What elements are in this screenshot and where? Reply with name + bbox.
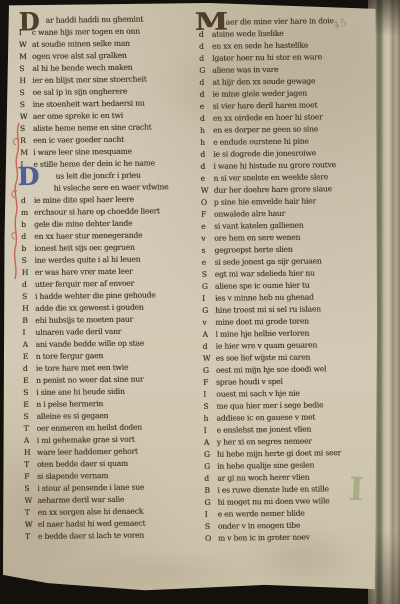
versal-letter: d <box>22 279 31 291</box>
right-column-lines: aer die mine vier hare in doie d atsine … <box>199 15 379 545</box>
versal-letter: S <box>24 483 33 495</box>
versal-letter: H <box>24 447 33 459</box>
versal-letter: S <box>23 411 32 423</box>
line-text: ouest mi sach v hje nie <box>216 388 300 401</box>
versal-letter: S <box>21 255 30 267</box>
versal-letter: d <box>200 161 209 173</box>
versal-letter: E <box>23 399 32 411</box>
green-margin-mark: I <box>348 473 365 506</box>
line-text: aer ome spreke ic en twi <box>33 110 123 123</box>
versal-letter: H <box>22 267 31 279</box>
versal-letter: d <box>21 195 30 207</box>
line-text: ie tore hare met een twie <box>36 362 129 375</box>
line-text: hi hebe mijn herte gi doet mi seer <box>217 447 341 461</box>
versal-letter: b <box>21 219 30 231</box>
column-left: D D ar haddi haddi nu ghemint I c wane h… <box>19 13 207 543</box>
versal-letter: S <box>20 123 29 135</box>
versal-letter: A <box>202 329 211 341</box>
versal-letter: A <box>22 339 31 351</box>
versal-letter: H <box>22 303 31 315</box>
ink-initial-left: D <box>18 10 39 33</box>
versal-letter: h <box>203 413 212 425</box>
versal-letter: s <box>201 245 210 257</box>
line-text: si slapende vernam <box>37 470 108 483</box>
line-text: p sine hie emvelde hair hier <box>214 195 316 208</box>
versal-letter: W <box>19 39 28 51</box>
versal-letter: O <box>201 197 210 209</box>
versal-letter: d <box>21 231 30 243</box>
line-text: n tore fergur gaen <box>36 350 104 363</box>
versal-letter: e <box>200 173 209 185</box>
line-text: aeharme deril war salie <box>37 494 124 507</box>
versal-letter: d <box>200 113 209 125</box>
line-text: si vant katelen gallienen <box>214 220 303 233</box>
line-text: lgater hoer nu hi stor en ware <box>212 51 322 64</box>
line-text: sprae houdi v spel <box>216 376 283 389</box>
versal-letter: d <box>200 149 209 161</box>
line-text: ar gi nu woch herer vlien <box>217 472 309 485</box>
versal-letter: G <box>202 281 211 293</box>
versal-letter: T <box>25 507 34 519</box>
versal-letter: B <box>22 315 31 327</box>
versal-letter: T <box>25 531 34 543</box>
versal-letter: A <box>204 437 213 449</box>
line-text: erchsour si hare op choedde lieert <box>34 205 160 219</box>
versal-letter: S <box>20 99 29 111</box>
line-text: i sine ane hi heude sidin <box>36 386 125 399</box>
versal-letter: G <box>203 365 212 377</box>
line-text: alleine es si gegaen <box>36 410 108 423</box>
versal-letter: G <box>199 65 208 77</box>
versal-letter: S <box>202 269 211 281</box>
manuscript-line: T e bedde daer si lach te voren <box>25 529 207 543</box>
versal-letter: d <box>23 363 32 375</box>
versal-letter: S <box>203 401 212 413</box>
versal-letter: h <box>200 137 209 149</box>
versal-letter: v <box>202 317 211 329</box>
versal-letter: h <box>200 125 209 137</box>
versal-letter: d <box>199 89 208 101</box>
versal-letter: H <box>19 75 28 87</box>
versal-letter: d <box>199 53 208 65</box>
left-column-lines: ar haddi haddi nu ghemint I c wane hijs … <box>19 13 207 543</box>
versal-letter: W <box>24 495 33 507</box>
manuscript-line: O m v ben ic in groter noev <box>205 531 379 545</box>
versal-letter: m <box>21 207 30 219</box>
versal-letter: G <box>202 305 211 317</box>
versal-letter: S <box>22 291 31 303</box>
versal-letter: I <box>202 293 211 305</box>
versal-letter: d <box>204 473 213 485</box>
versal-letter: e <box>200 101 209 113</box>
versal-letter: S <box>23 387 32 399</box>
versal-letter: B <box>204 485 213 497</box>
versal-letter: S <box>19 87 28 99</box>
versal-letter: S <box>19 63 28 75</box>
line-text: n i pelse hermerin <box>36 398 103 411</box>
ink-initial-right: M <box>194 11 227 33</box>
line-text: aliene was in vare <box>212 64 278 77</box>
line-text: n penist no weer dat sine nur <box>36 374 143 387</box>
versal-letter: T <box>24 423 33 435</box>
line-text: ore hem en sere wenen <box>214 232 300 245</box>
versal-letter: E <box>23 351 32 363</box>
line-text: onder v in enogen tibe <box>218 520 300 533</box>
versal-letter: G <box>204 449 213 461</box>
versal-letter: d <box>199 77 208 89</box>
versal-letter: d <box>203 341 212 353</box>
line-text: hi vsleche sere en waer vdwine <box>34 181 169 195</box>
line-text: onwalede alre haur <box>214 208 285 221</box>
versal-letter: W <box>201 185 210 197</box>
column-right: M aer die mine vier hare in doie d atsin… <box>199 15 379 545</box>
versal-letter: W <box>203 353 212 365</box>
line-text: aer die mine vier hare in doie <box>212 15 334 28</box>
blue-decorated-initial: D <box>17 165 39 189</box>
line-text: i stour al pensende i lane sue <box>37 482 144 495</box>
versal-letter: I <box>203 389 212 401</box>
line-text: oest mi mijn hje soe doedi wel <box>216 363 326 376</box>
line-text: gegroepst herte slien <box>214 244 292 257</box>
line-text: hi moget nu mi doen vwe wille <box>217 495 329 508</box>
line-text: ulnaren vade deril vanr <box>35 326 121 339</box>
versal-letter: G <box>204 461 213 473</box>
line-text: ani vande bedde wille op stae <box>35 338 144 351</box>
versal-letter: F <box>203 377 212 389</box>
versal-letter: v <box>201 233 210 245</box>
versal-letter: S <box>205 521 214 533</box>
versal-letter: O <box>205 533 214 545</box>
manuscript-photo: 45 D D ar haddi haddi nu ghemint I c wan… <box>0 0 400 604</box>
parchment-page: 45 D D ar haddi haddi nu ghemint I c wan… <box>3 3 377 595</box>
line-text: oten bedde daer si quam <box>37 458 128 471</box>
versal-letter: M <box>20 147 29 159</box>
versal-letter: T <box>24 459 33 471</box>
versal-letter: W <box>20 111 29 123</box>
versal-letter: G <box>204 497 213 509</box>
versal-letter: F <box>24 471 33 483</box>
versal-letter: I <box>22 327 31 339</box>
line-text: een ic vaer goeder nacht <box>33 134 124 147</box>
line-text: m v ben ic in groter noev <box>218 532 310 545</box>
line-text: aliste heme neme en sine cracht <box>33 121 152 134</box>
versal-letter: I <box>204 425 213 437</box>
versal-letter: I <box>205 509 214 521</box>
text-block: D D ar haddi haddi nu ghemint I c wane h… <box>0 1 381 598</box>
line-text: ine stoenheit wart bedaersi nu <box>33 98 145 111</box>
versal-letter: A <box>24 435 33 447</box>
line-text: ier en blijst mer sine stoercheit <box>32 74 146 87</box>
versal-letter: M <box>19 51 28 63</box>
versal-letter: W <box>25 519 34 531</box>
line-text: e en werde nemer blide <box>218 508 305 521</box>
versal-letter: e <box>201 221 210 233</box>
versal-letter: b <box>21 243 30 255</box>
versal-letter: d <box>199 41 208 53</box>
versal-letter: e <box>201 257 210 269</box>
versal-letter: R <box>20 135 29 147</box>
line-text: e bedde daer si lach te voren <box>38 530 144 543</box>
versal-letter: E <box>23 375 32 387</box>
versal-letter: F <box>201 209 210 221</box>
